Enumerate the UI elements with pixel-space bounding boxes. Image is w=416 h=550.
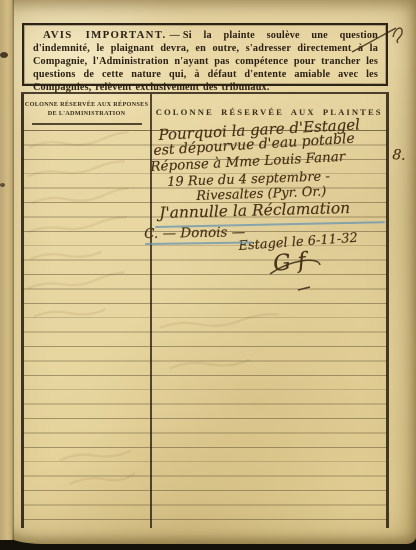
admin-column-header: COLONNE RÉSERVÉE AUX RÉPONSES DE L'ADMIN… <box>24 94 150 130</box>
ink-speck <box>0 52 8 58</box>
table-left-border <box>21 94 24 528</box>
paper-sheet: AVIS IMPORTANT.—Si la plainte soulève un… <box>0 0 416 544</box>
notice-box: AVIS IMPORTANT.—Si la plainte soulève un… <box>22 23 388 86</box>
notice-text: AVIS IMPORTANT.—Si la plainte soulève un… <box>33 29 378 95</box>
admin-header-line2: DE L'ADMINISTRATION <box>24 110 150 119</box>
register-page-photo: AVIS IMPORTANT.—Si la plainte soulève un… <box>0 0 416 550</box>
margin-note: 8. <box>392 147 406 164</box>
corner-ink-scribble <box>393 28 402 43</box>
admin-header-underline <box>32 123 142 125</box>
ink-speck <box>0 183 5 187</box>
notice-title: AVIS IMPORTANT. <box>43 29 166 41</box>
notice-separator: — <box>169 30 179 41</box>
admin-header-line1: COLONNE RÉSERVÉE AUX RÉPONSES <box>24 101 150 110</box>
binding-edge <box>0 0 14 540</box>
table-right-border <box>386 94 389 528</box>
signature: G f <box>272 249 307 277</box>
